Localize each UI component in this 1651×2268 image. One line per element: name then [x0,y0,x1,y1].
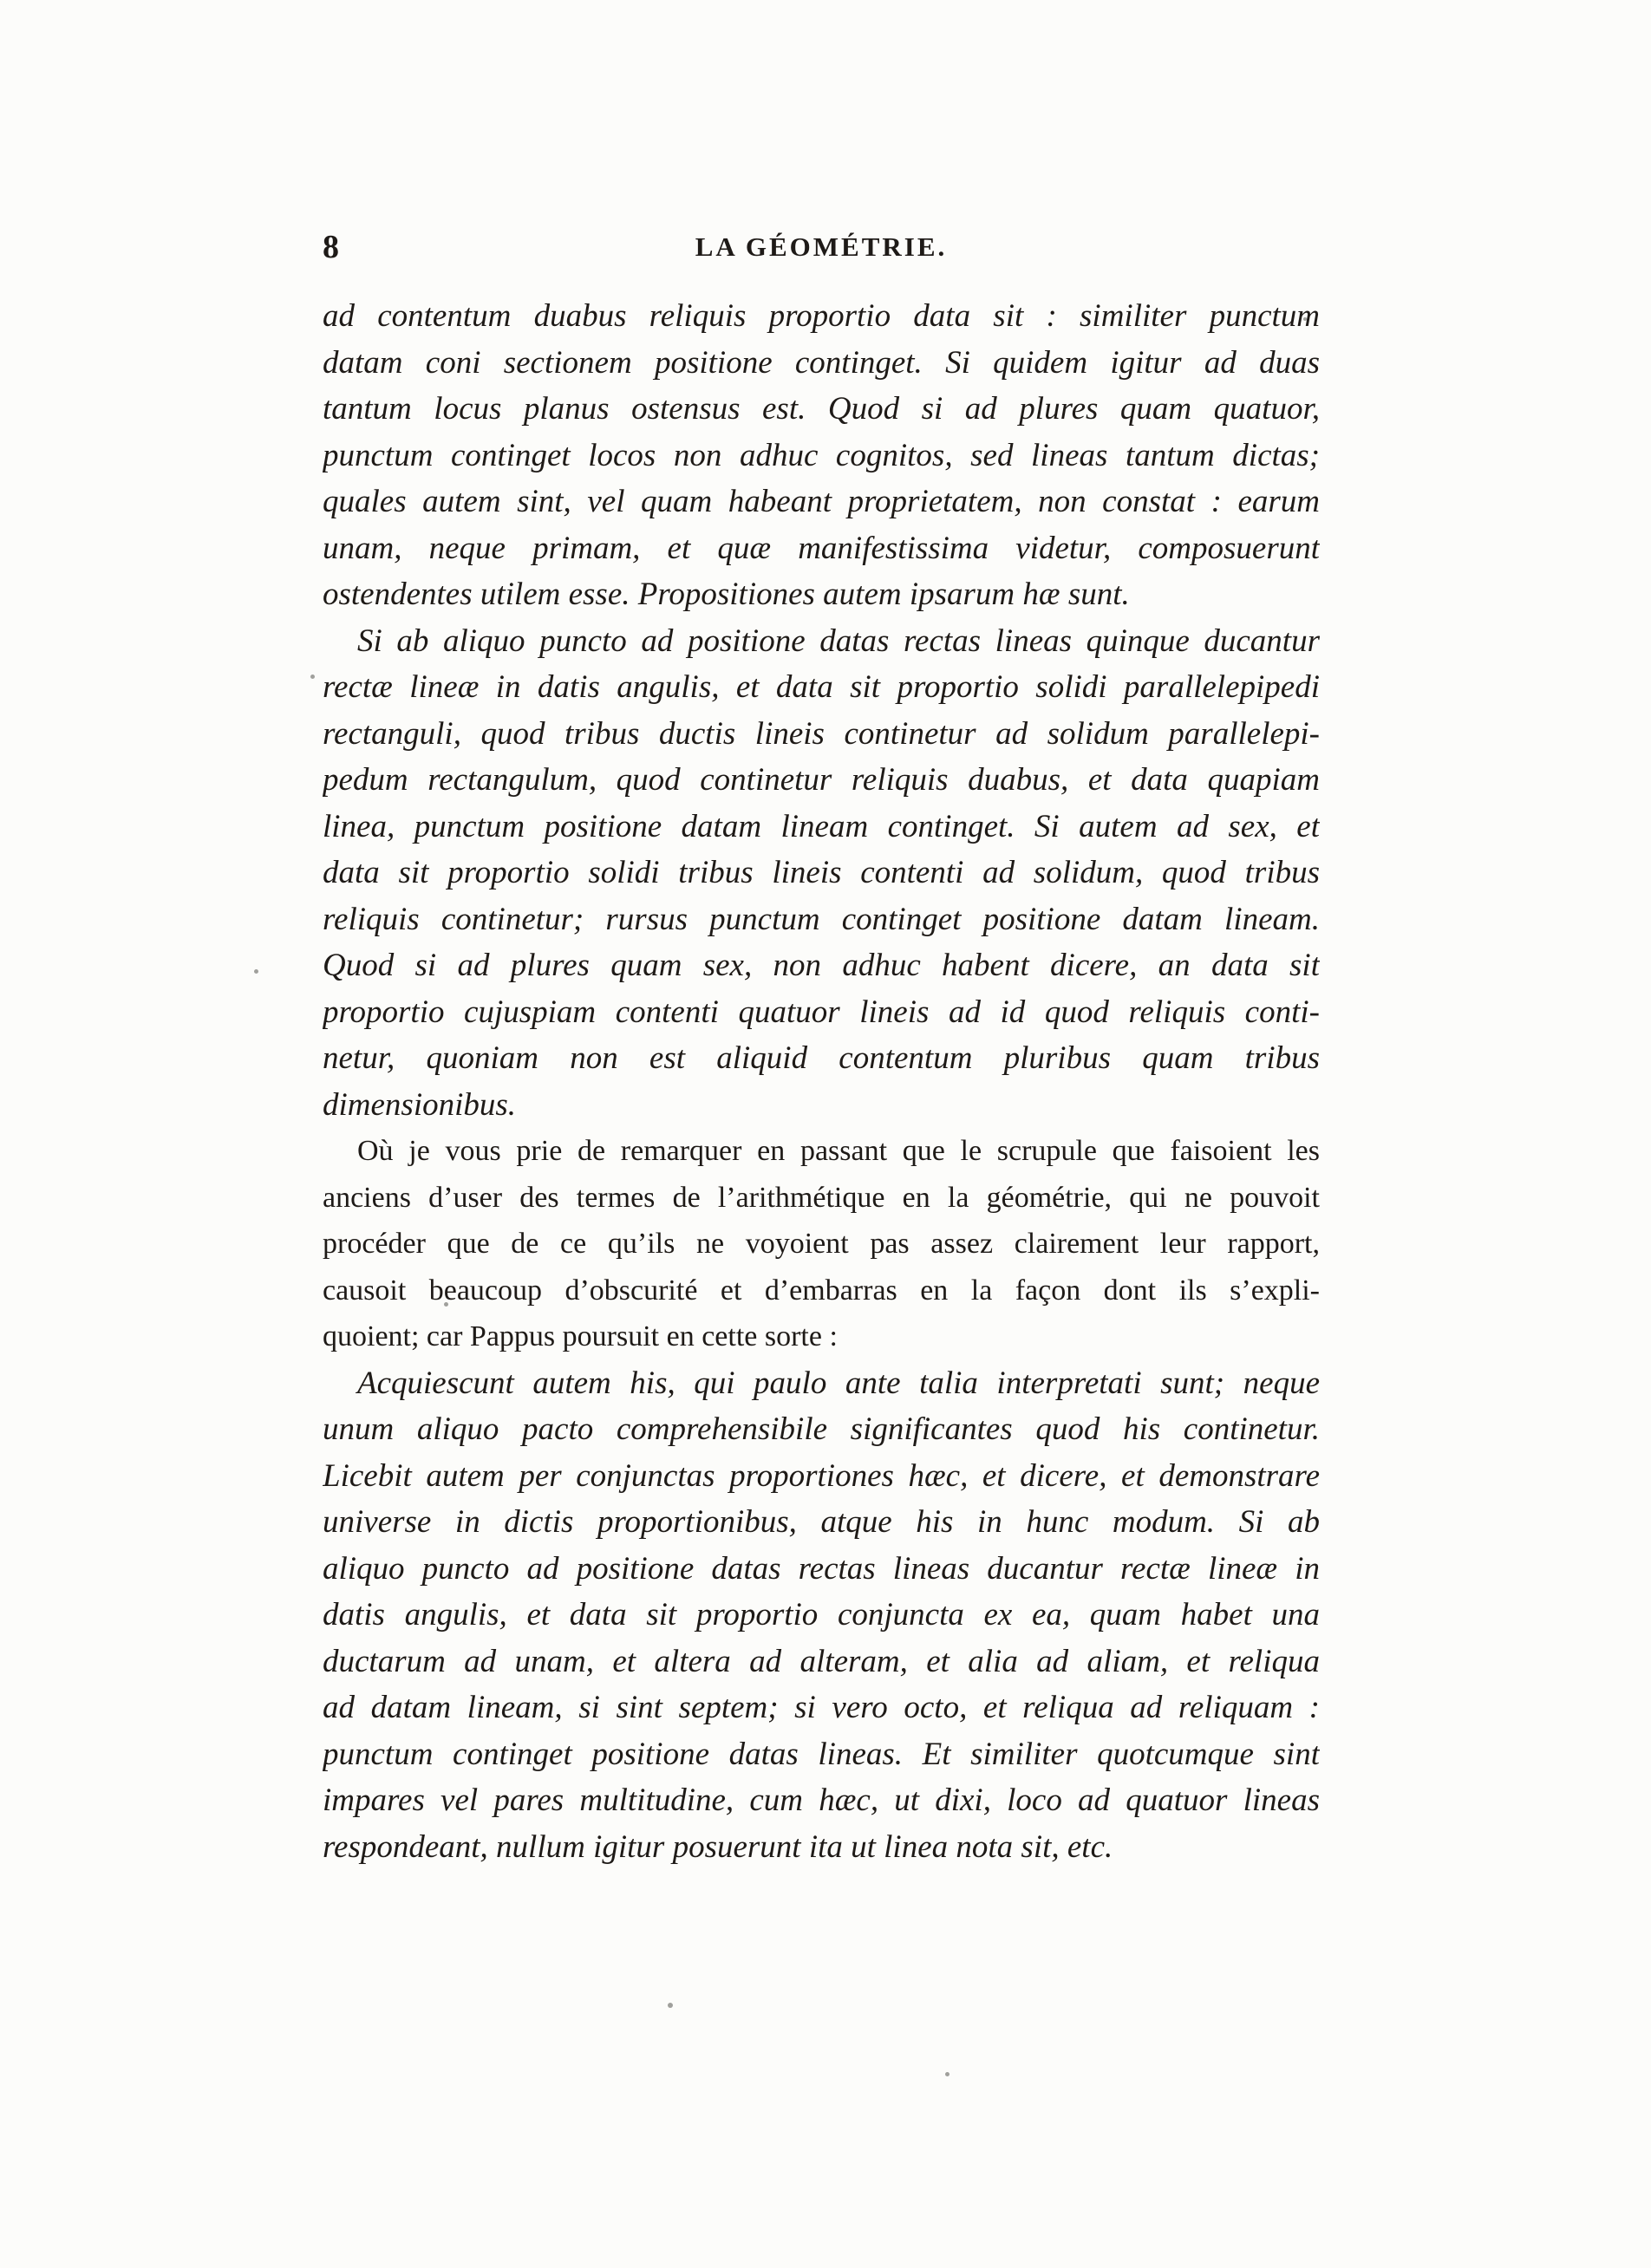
text-line: datam coni sectionem positione continget… [323,340,1320,387]
text-line: dimensionibus. [323,1082,1320,1129]
book-page: 8 LA GÉOMÉTRIE. ad contentum duabus reli… [0,0,1651,2268]
text-line: Licebit autem per conjunctas proportione… [323,1453,1320,1500]
text-line: datis angulis, et data sit proportio con… [323,1592,1320,1639]
running-header-title: LA GÉOMÉTRIE. [323,225,1320,269]
paragraph: Où je vous prie de remarquer en passant … [323,1128,1320,1360]
paragraph: ad contentum duabus reliquis proportio d… [323,293,1320,618]
text-line: punctum continget locos non adhuc cognit… [323,433,1320,479]
scan-speck [1303,317,1307,321]
text-line: impares vel pares multitudine, cum hæc, … [323,1777,1320,1824]
text-line: tantum locus planus ostensus est. Quod s… [323,386,1320,433]
text-line: procéder que de ce qu’ils ne voyoient pa… [323,1221,1320,1268]
text-line: aliquo puncto ad positione datas rectas … [323,1546,1320,1593]
text-line: ad datam lineam, si sint septem; si vero… [323,1685,1320,1731]
text-line: rectæ lineæ in datis angulis, et data si… [323,664,1320,711]
text-line: unum aliquo pacto comprehensibile signif… [323,1406,1320,1453]
scan-speck [945,2072,949,2076]
text-line: respondeant, nullum igitur posuerunt ita… [323,1824,1320,1871]
text-line: rectanguli, quod tribus ductis lineis co… [323,711,1320,758]
text-line: quoient; car Pappus poursuit en cette so… [323,1313,1320,1360]
text-line: universe in dictis proportionibus, atque… [323,1499,1320,1546]
text-line: anciens d’user des termes de l’arithméti… [323,1175,1320,1222]
text-line: unam, neque primam, et quæ manifestissim… [323,525,1320,572]
text-line: ad contentum duabus reliquis proportio d… [323,293,1320,340]
scan-speck [254,969,258,974]
text-line: reliquis continetur; rursus punctum cont… [323,896,1320,943]
text-line: linea, punctum positione datam lineam co… [323,804,1320,850]
scan-speck [668,2003,673,2008]
text-line: pedum rectangulum, quod continetur reliq… [323,757,1320,804]
text-line: ostendentes utilem esse. Propositiones a… [323,571,1320,618]
text-line: Acquiescunt autem his, qui paulo ante ta… [323,1360,1320,1407]
scan-speck [444,1302,448,1307]
text-line: causoit beaucoup d’obscurité et d’embarr… [323,1268,1320,1314]
text-line: data sit proportio solidi tribus lineis … [323,850,1320,896]
paragraph: Acquiescunt autem his, qui paulo ante ta… [323,1360,1320,1871]
text-line: proportio cujuspiam contenti quatuor lin… [323,989,1320,1036]
scan-speck [310,675,315,679]
text-line: quales autem sint, vel quam habeant prop… [323,479,1320,525]
page-header: 8 LA GÉOMÉTRIE. [323,225,1320,269]
text-line: ductarum ad unam, et altera ad alteram, … [323,1639,1320,1685]
text-line: Quod si ad plures quam sex, non adhuc ha… [323,942,1320,989]
text-line: punctum continget positione datas lineas… [323,1731,1320,1778]
paragraph: Si ab aliquo puncto ad positione datas r… [323,618,1320,1129]
text-line: Si ab aliquo puncto ad positione datas r… [323,618,1320,665]
text-block: ad contentum duabus reliquis proportio d… [323,293,1320,1870]
text-line: netur, quoniam non est aliquid contentum… [323,1035,1320,1082]
text-line: Où je vous prie de remarquer en passant … [323,1128,1320,1175]
